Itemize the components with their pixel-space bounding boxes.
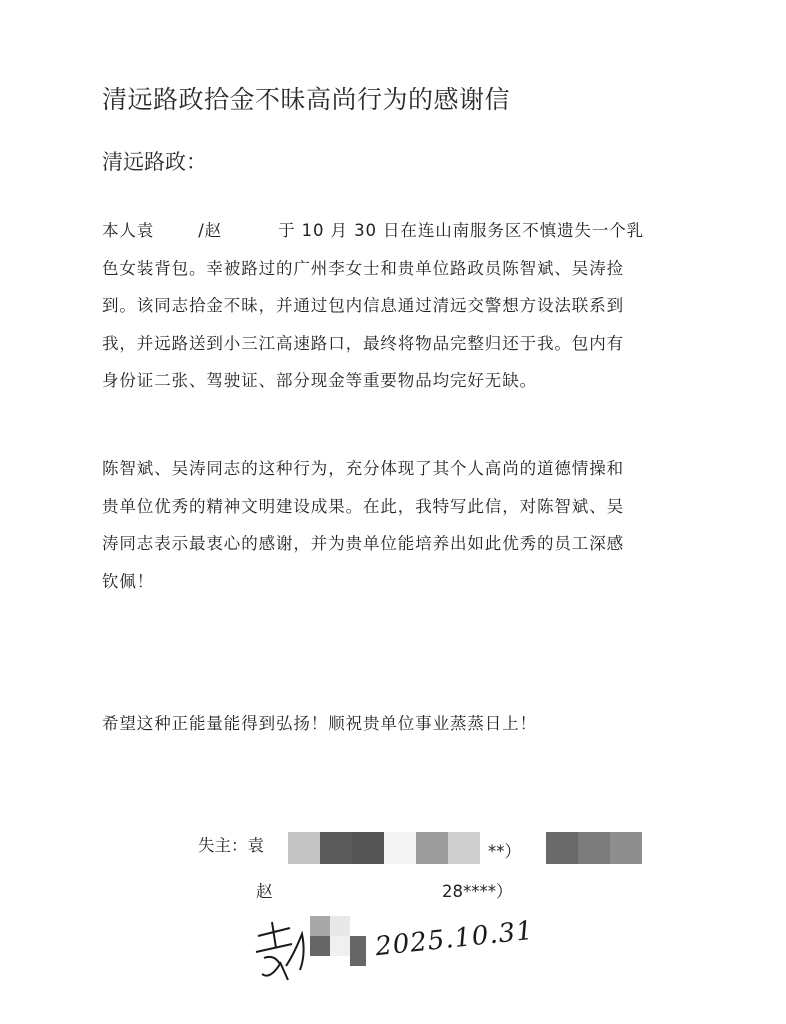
text-segment: /赵: [198, 221, 222, 240]
handwritten-date: 2025.10.31: [374, 916, 535, 962]
id-tail-text: **）: [488, 838, 521, 862]
mosaic-tile: [310, 936, 330, 956]
mosaic-tile: [384, 832, 416, 864]
paragraph-line: 钦佩！: [102, 563, 702, 601]
paragraph-line: 身份证二张、驾驶证、部分现金等重要物品均完好无缺。: [102, 362, 702, 400]
mosaic-tile: [416, 832, 448, 864]
id-tail-text: 28****）: [442, 878, 513, 902]
mosaic-tile: [546, 832, 578, 864]
paragraph-line: 希望这种正能量能得到弘扬！顺祝贵单位事业蒸蒸日上！: [102, 705, 702, 743]
text-segment: 本人袁: [102, 221, 154, 240]
mosaic-tile: [330, 936, 350, 956]
paragraph-line: 涛同志表示最衷心的感谢，并为贵单位能培养出如此优秀的员工深感: [102, 525, 702, 563]
second-owner-name: 赵: [256, 882, 273, 901]
mosaic-tile: [288, 832, 320, 864]
paragraph-closing: 希望这种正能量能得到弘扬！顺祝贵单位事业蒸蒸日上！: [102, 705, 702, 743]
paragraph-line: 陈智斌、吴涛同志的这种行为，充分体现了其个人高尚的道德情操和: [102, 450, 702, 488]
owner-label: 失主：袁: [198, 836, 264, 855]
paragraph-line: 本人袁/赵于 10 月 30 日在连山南服务区不慎遗失一个乳: [102, 212, 702, 250]
mosaic-tile: [578, 832, 610, 864]
redaction-mosaic: [288, 832, 480, 864]
signature-row-second: 赵 28****）: [256, 878, 273, 902]
mosaic-tile: [310, 916, 330, 936]
signature-row-owner: 失主：袁: [198, 832, 264, 856]
mosaic-tile: [330, 916, 350, 936]
salutation: 清远路政：: [102, 146, 207, 176]
redaction-block: [350, 936, 366, 966]
mosaic-tile: [320, 832, 352, 864]
mosaic-tile: [610, 832, 642, 864]
paragraph-line: 我，并远路送到小三江高速路口，最终将物品完整归还于我。包内有: [102, 325, 702, 363]
mosaic-tile: [352, 832, 384, 864]
paragraph-line: 到。该同志拾金不昧，并通过包内信息通过清远交警想方设法联系到: [102, 287, 702, 325]
mosaic-tile: [448, 832, 480, 864]
text-segment: 于 10 月 30 日在连山南服务区不慎遗失一个乳: [278, 221, 644, 240]
paragraph-line: 贵单位优秀的精神文明建设成果。在此，我特写此信，对陈智斌、吴: [102, 488, 702, 526]
letter-title: 清远路政拾金不昧高尚行为的感谢信: [102, 80, 510, 116]
paragraph-incident: 本人袁/赵于 10 月 30 日在连山南服务区不慎遗失一个乳 色女装背包。幸被路…: [102, 212, 702, 400]
redaction-mosaic: [546, 832, 642, 864]
handwritten-signature: 2025.10.31: [250, 912, 500, 982]
paragraph-line: 色女装背包。幸被路过的广州李女士和贵单位路政员陈智斌、吴涛捡: [102, 250, 702, 288]
paragraph-praise: 陈智斌、吴涛同志的这种行为，充分体现了其个人高尚的道德情操和 贵单位优秀的精神文…: [102, 450, 702, 600]
redaction-mosaic: [310, 916, 350, 956]
